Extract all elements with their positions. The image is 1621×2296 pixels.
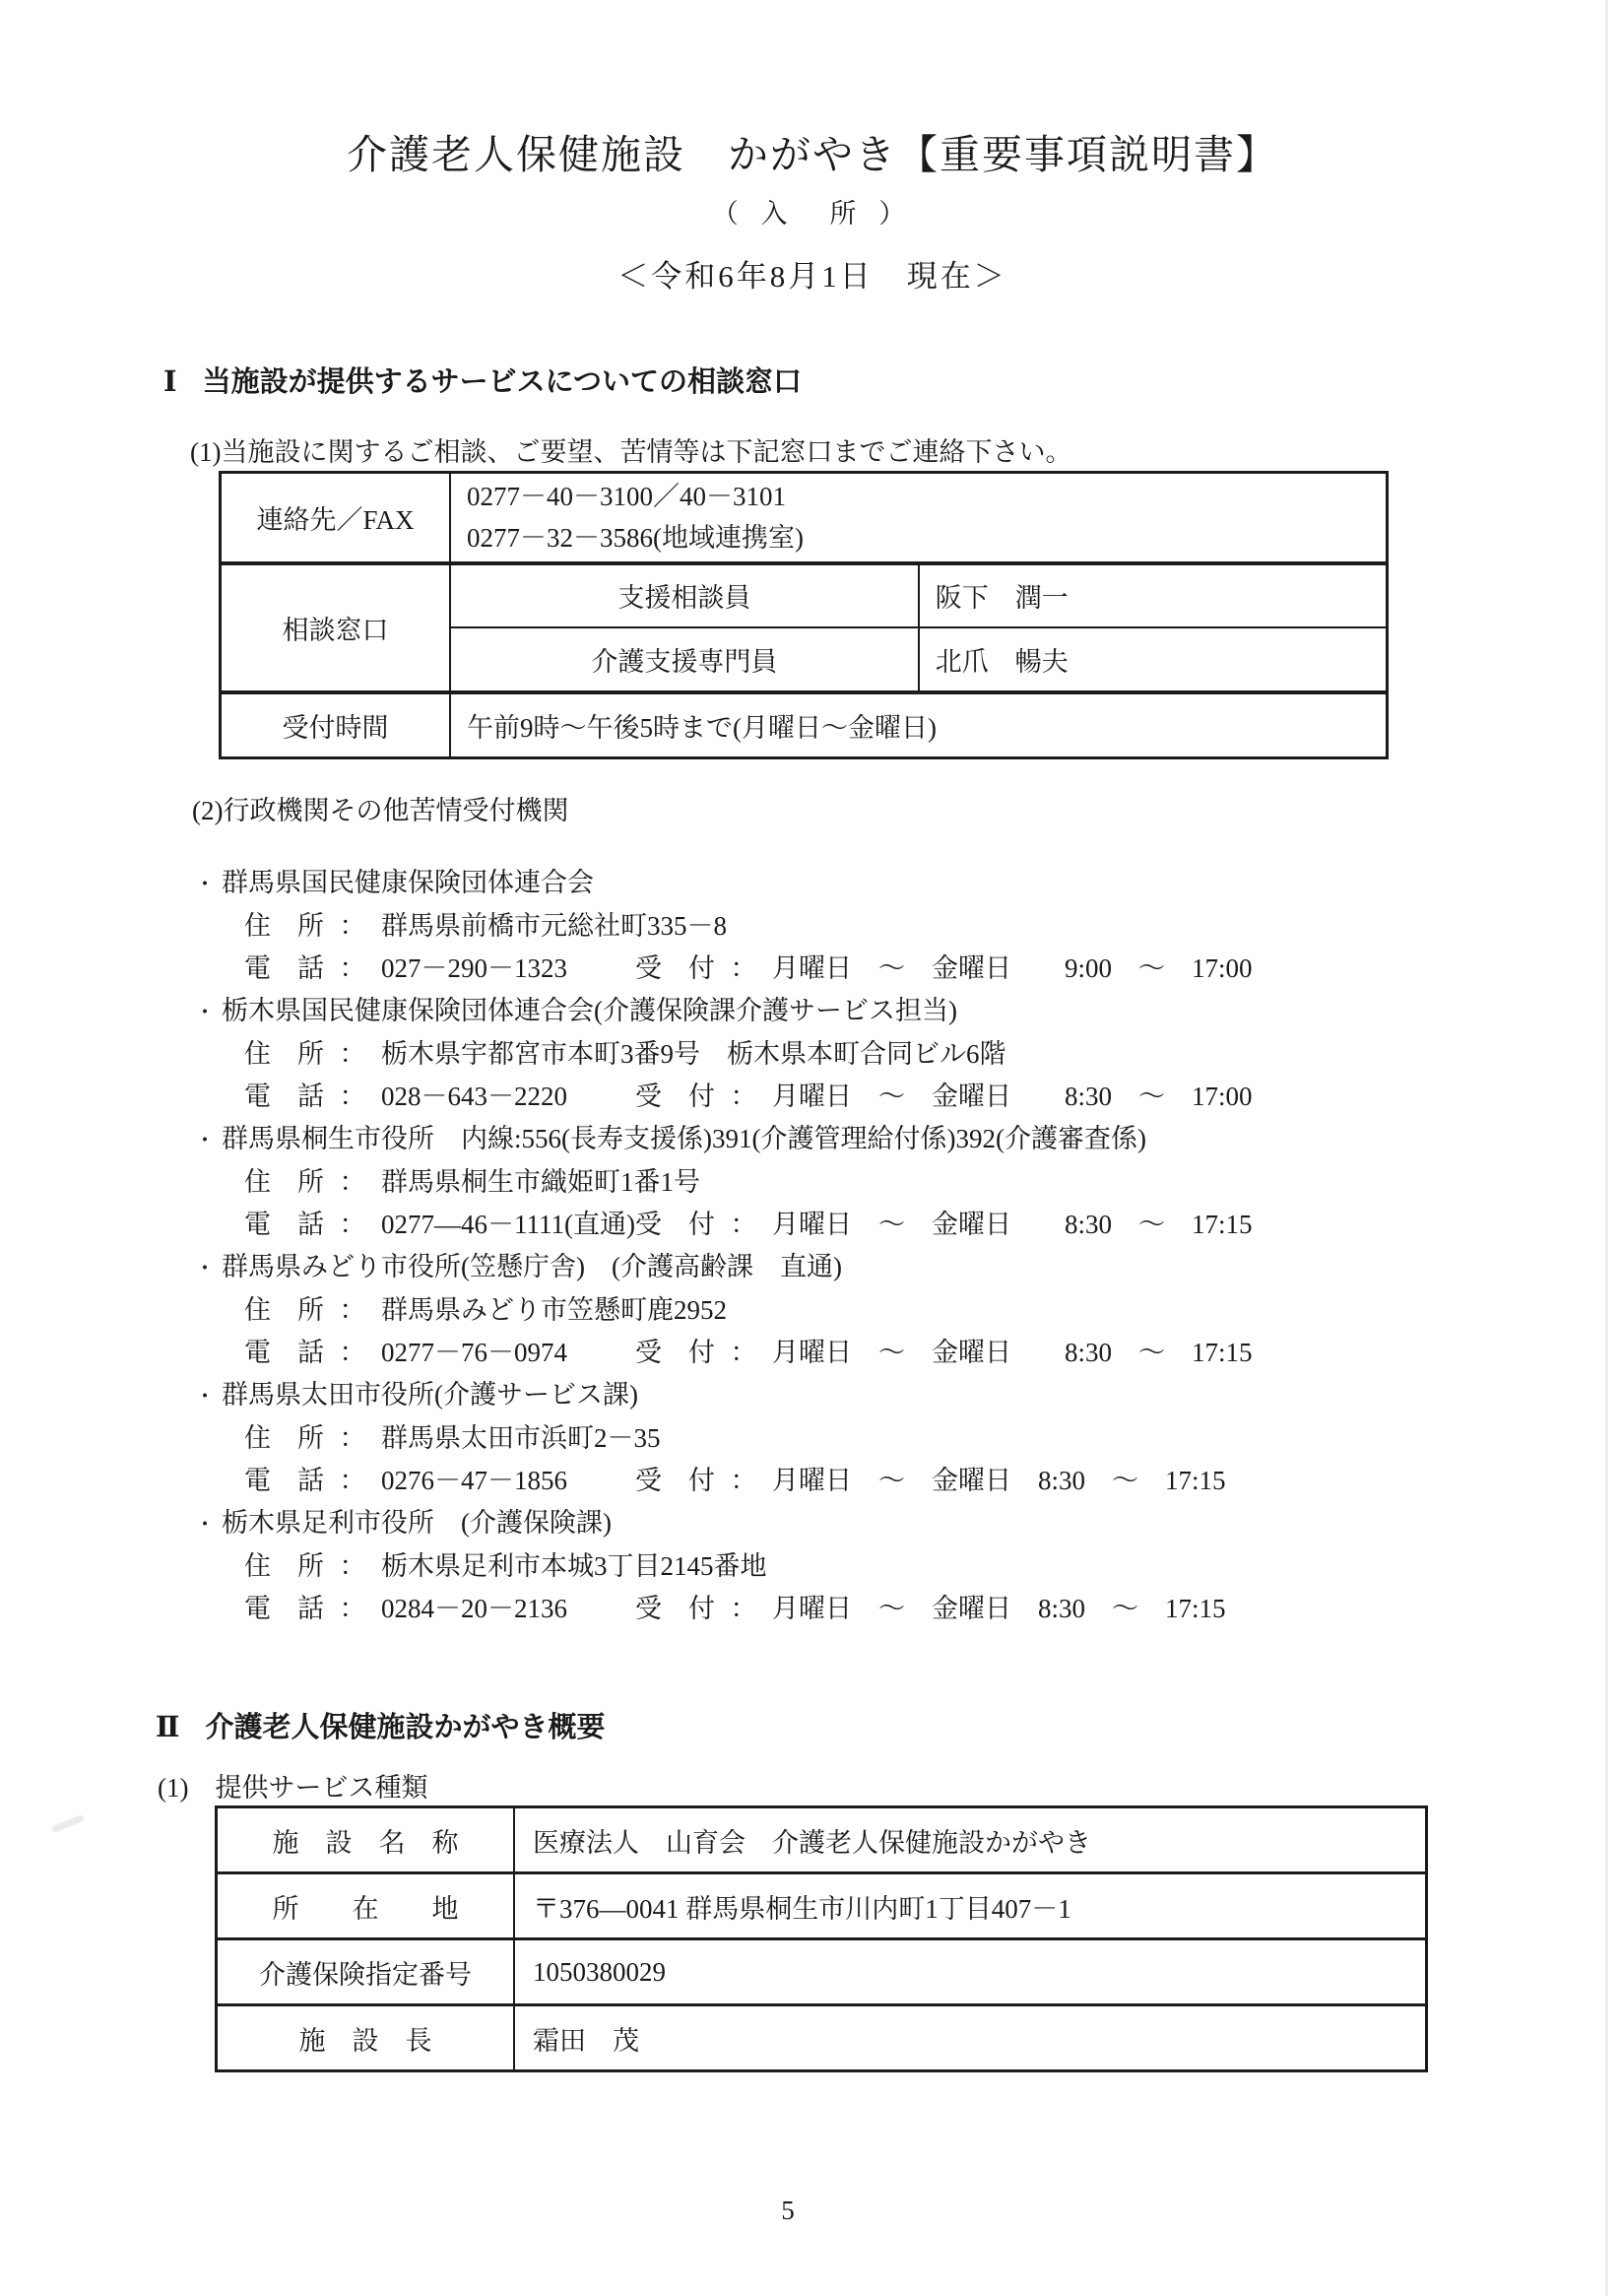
colon-separator: ： bbox=[715, 1076, 772, 1118]
contact-table: 連絡先／FAX 0277－40－3100／40－3101 0277－32－358… bbox=[219, 471, 1389, 759]
agency-name: 群馬県太田市役所(介護サービス課) bbox=[222, 1380, 638, 1410]
agency-address-line: 住 所：栃木県足利市本城3丁目2145番地 bbox=[0, 1545, 1621, 1588]
insurance-number-label-cell: 介護保険指定番号 bbox=[217, 1939, 515, 2005]
colon-separator: ： bbox=[324, 1033, 381, 1076]
document-header: 介護老人保健施設 かがやき【重要事項説明書】 （ 入 所 ） ＜令和6年8月1日… bbox=[0, 0, 1621, 297]
agency-reception-hours: 月曜日 ～ 金曜日 8:30 ～ 17:15 bbox=[772, 1594, 1226, 1623]
agency-name-line: ・群馬県国民健康保険団体連合会 bbox=[0, 862, 1621, 905]
bullet-icon: ・ bbox=[194, 1247, 222, 1289]
bullet-icon: ・ bbox=[194, 1503, 222, 1545]
agency-block: ・群馬県太田市役所(介護サービス課) 住 所：群馬県太田市浜町2－35 電 話：… bbox=[0, 1374, 1621, 1502]
paragraph-contact-intro: (1)当施設に関するご相談、ご要望、苦情等は下記窓口までご連絡下さい。 bbox=[190, 433, 1621, 471]
reception-label: 受 付 bbox=[635, 1332, 715, 1374]
facility-address-value-cell: 〒376—0041 群馬県桐生市川内町1丁目407－1 bbox=[514, 1873, 1427, 1939]
phone-label: 電 話 bbox=[244, 948, 324, 990]
address-label: 住 所 bbox=[244, 1289, 324, 1332]
table-row: 施 設 名 称 医療法人 山育会 介護老人保健施設かがやき bbox=[217, 1807, 1427, 1873]
insurance-number-value-cell: 1050380029 bbox=[514, 1939, 1427, 2005]
reception-label: 受 付 bbox=[635, 1588, 715, 1630]
colon-separator: ： bbox=[324, 1588, 381, 1630]
colon-separator: ： bbox=[715, 1332, 772, 1374]
phone-label: 電 話 bbox=[244, 1460, 324, 1502]
staff1-role-cell: 支援相談員 bbox=[450, 563, 919, 627]
contact-label-cell: 連絡先／FAX bbox=[221, 473, 451, 563]
reception-label: 受 付 bbox=[635, 1460, 715, 1502]
colon-separator: ： bbox=[324, 1161, 381, 1204]
phone-label: 電 話 bbox=[244, 1332, 324, 1374]
colon-separator: ： bbox=[715, 1204, 772, 1246]
agency-address-line: 住 所：群馬県太田市浜町2－35 bbox=[0, 1417, 1621, 1460]
staff1-name-cell: 阪下 潤一 bbox=[919, 563, 1388, 627]
agency-name: 群馬県国民健康保険団体連合会 bbox=[222, 868, 594, 897]
agency-phone: 027－290－1323 bbox=[381, 948, 635, 990]
agency-name: 群馬県みどり市役所(笠懸庁舎) (介護高齢課 直通) bbox=[222, 1252, 842, 1281]
agency-block: ・群馬県国民健康保険団体連合会 住 所：群馬県前橋市元総社町335－8 電 話：… bbox=[0, 862, 1621, 990]
agency-name-line: ・群馬県桐生市役所 内線:556(長寿支援係)391(介護管理給付係)392(介… bbox=[0, 1118, 1621, 1161]
facility-address-label-cell: 所 在 地 bbox=[217, 1873, 515, 1939]
address-label: 住 所 bbox=[244, 1161, 324, 1204]
agency-phone: 0284－20－2136 bbox=[381, 1588, 635, 1630]
agency-phone: 0277—46－1111(直通) bbox=[381, 1204, 635, 1246]
reception-label: 受 付 bbox=[635, 1076, 715, 1118]
agency-address: 群馬県太田市浜町2－35 bbox=[381, 1423, 661, 1453]
staff2-role-cell: 介護支援専門員 bbox=[450, 627, 919, 692]
section1-heading: Ⅰ当施設が提供するサービスについての相談窓口 bbox=[163, 361, 1621, 404]
colon-separator: ： bbox=[324, 1332, 381, 1374]
agency-reception-hours: 月曜日 ～ 金曜日 8:30 ～ 17:15 bbox=[772, 1466, 1226, 1495]
section1-title: 当施設が提供するサービスについての相談窓口 bbox=[203, 366, 802, 398]
agency-address: 群馬県みどり市笠懸町鹿2952 bbox=[381, 1295, 727, 1325]
agency-phone-line: 電 話：0277－76－0974受 付：月曜日 ～ 金曜日 8:30 ～ 17:… bbox=[0, 1332, 1621, 1374]
agency-name: 栃木県国民健康保険団体連合会(介護保険課介護サービス担当) bbox=[222, 996, 957, 1025]
bullet-icon: ・ bbox=[194, 863, 222, 905]
agency-name-line: ・栃木県足利市役所 (介護保険課) bbox=[0, 1502, 1621, 1545]
agency-phone-line: 電 話：028－643－2220受 付：月曜日 ～ 金曜日 8:30 ～ 17:… bbox=[0, 1076, 1621, 1118]
bullet-icon: ・ bbox=[194, 1375, 222, 1417]
section2-heading: Ⅱ介護老人保健施設かがやき概要 bbox=[156, 1705, 1621, 1750]
agency-phone: 0276－47－1856 bbox=[381, 1460, 635, 1502]
contact-phone-line1: 0277－40－3100／40－3101 bbox=[467, 476, 1386, 517]
address-label: 住 所 bbox=[244, 1545, 324, 1588]
agency-block: ・群馬県みどり市役所(笠懸庁舎) (介護高齢課 直通) 住 所：群馬県みどり市笠… bbox=[0, 1246, 1621, 1374]
agency-phone: 0277－76－0974 bbox=[381, 1332, 635, 1374]
table-row: 連絡先／FAX 0277－40－3100／40－3101 0277－32－358… bbox=[221, 473, 1388, 563]
agency-name-line: ・栃木県国民健康保険団体連合会(介護保険課介護サービス担当) bbox=[0, 990, 1621, 1033]
colon-separator: ： bbox=[715, 1460, 772, 1502]
colon-separator: ： bbox=[324, 1460, 381, 1502]
table-row: 介護保険指定番号 1050380029 bbox=[217, 1939, 1427, 2005]
agency-address: 群馬県桐生市織姫町1番1号 bbox=[381, 1167, 700, 1197]
agency-name-line: ・群馬県太田市役所(介護サービス課) bbox=[0, 1374, 1621, 1417]
staff2-name-cell: 北爪 暢夫 bbox=[919, 627, 1388, 692]
colon-separator: ： bbox=[324, 1204, 381, 1246]
address-label: 住 所 bbox=[244, 1033, 324, 1076]
agency-address-line: 住 所：群馬県桐生市織姫町1番1号 bbox=[0, 1161, 1621, 1204]
paragraph-agencies-intro: (2)行政機関その他苦情受付機関 bbox=[192, 791, 1621, 830]
agency-phone-line: 電 話：027－290－1323受 付：月曜日 ～ 金曜日 9:00 ～ 17:… bbox=[0, 948, 1621, 990]
colon-separator: ： bbox=[324, 1289, 381, 1332]
agency-phone-line: 電 話：0284－20－2136受 付：月曜日 ～ 金曜日 8:30 ～ 17:… bbox=[0, 1588, 1621, 1630]
colon-separator: ： bbox=[324, 1076, 381, 1118]
agency-phone: 028－643－2220 bbox=[381, 1076, 635, 1118]
section1-numeral: Ⅰ bbox=[163, 366, 177, 398]
document-date-line: ＜令和6年8月1日 現在＞ bbox=[0, 256, 1621, 297]
bullet-icon: ・ bbox=[194, 1119, 222, 1161]
agency-address-line: 住 所：栃木県宇都宮市本町3番9号 栃木県本町合同ビル6階 bbox=[0, 1033, 1621, 1076]
agency-phone-line: 電 話：0277—46－1111(直通)受 付：月曜日 ～ 金曜日 8:30 ～… bbox=[0, 1204, 1621, 1246]
contact-value-cell: 0277－40－3100／40－3101 0277－32－3586(地域連携室) bbox=[450, 473, 1388, 563]
section2-subheading: (1) 提供サービス種類 bbox=[158, 1770, 1621, 1805]
agency-reception-hours: 月曜日 ～ 金曜日 9:00 ～ 17:00 bbox=[772, 953, 1253, 983]
contact-phone-line2: 0277－32－3586(地域連携室) bbox=[467, 517, 1386, 558]
colon-separator: ： bbox=[715, 1588, 772, 1630]
agency-block: ・群馬県桐生市役所 内線:556(長寿支援係)391(介護管理給付係)392(介… bbox=[0, 1118, 1621, 1246]
hours-value-cell: 午前9時～午後5時まで(月曜日～金曜日) bbox=[450, 692, 1388, 758]
agency-reception-hours: 月曜日 ～ 金曜日 8:30 ～ 17:00 bbox=[772, 1082, 1253, 1111]
document-page: 介護老人保健施設 かがやき【重要事項説明書】 （ 入 所 ） ＜令和6年8月1日… bbox=[0, 0, 1621, 2296]
scan-edge-artifact bbox=[1605, 0, 1608, 2296]
document-title: 介護老人保健施設 かがやき【重要事項説明書】 bbox=[0, 130, 1621, 179]
agency-address-line: 住 所：群馬県みどり市笠懸町鹿2952 bbox=[0, 1289, 1621, 1332]
facility-name-value-cell: 医療法人 山育会 介護老人保健施設かがやき bbox=[514, 1807, 1427, 1873]
facility-table: 施 設 名 称 医療法人 山育会 介護老人保健施設かがやき 所 在 地 〒376… bbox=[215, 1805, 1428, 2072]
facility-name-label-cell: 施 設 名 称 bbox=[217, 1807, 515, 1873]
colon-separator: ： bbox=[324, 948, 381, 990]
hours-label-cell: 受付時間 bbox=[221, 692, 451, 758]
table-row: 受付時間 午前9時～午後5時まで(月曜日～金曜日) bbox=[221, 692, 1388, 758]
phone-label: 電 話 bbox=[244, 1076, 324, 1118]
agency-address-line: 住 所：群馬県前橋市元総社町335－8 bbox=[0, 905, 1621, 948]
colon-separator: ： bbox=[715, 948, 772, 990]
address-label: 住 所 bbox=[244, 905, 324, 948]
agency-reception-hours: 月曜日 ～ 金曜日 8:30 ～ 17:15 bbox=[772, 1338, 1253, 1367]
phone-label: 電 話 bbox=[244, 1588, 324, 1630]
agency-address: 群馬県前橋市元総社町335－8 bbox=[381, 911, 727, 941]
agency-block: ・栃木県足利市役所 (介護保険課) 住 所：栃木県足利市本城3丁目2145番地 … bbox=[0, 1502, 1621, 1630]
consultation-window-label-cell: 相談窓口 bbox=[221, 563, 451, 692]
agency-name-line: ・群馬県みどり市役所(笠懸庁舎) (介護高齢課 直通) bbox=[0, 1246, 1621, 1289]
table-row: 所 在 地 〒376—0041 群馬県桐生市川内町1丁目407－1 bbox=[217, 1873, 1427, 1939]
colon-separator: ： bbox=[324, 905, 381, 948]
colon-separator: ： bbox=[324, 1417, 381, 1460]
colon-separator: ： bbox=[324, 1545, 381, 1588]
address-label: 住 所 bbox=[244, 1417, 324, 1460]
table-row: 施 設 長 霜田 茂 bbox=[217, 2005, 1427, 2071]
table-row: 相談窓口 支援相談員 阪下 潤一 bbox=[221, 563, 1388, 627]
agency-address: 栃木県宇都宮市本町3番9号 栃木県本町合同ビル6階 bbox=[381, 1039, 1006, 1069]
agency-phone-line: 電 話：0276－47－1856受 付：月曜日 ～ 金曜日 8:30 ～ 17:… bbox=[0, 1460, 1621, 1502]
agency-address: 栃木県足利市本城3丁目2145番地 bbox=[381, 1551, 767, 1581]
scan-smudge-artifact bbox=[51, 1814, 85, 1833]
page-number: 5 bbox=[0, 2193, 1576, 2228]
bullet-icon: ・ bbox=[194, 991, 222, 1033]
agency-name: 群馬県桐生市役所 内線:556(長寿支援係)391(介護管理給付係)392(介護… bbox=[222, 1124, 1146, 1153]
section2-title: 介護老人保健施設かがやき概要 bbox=[205, 1712, 605, 1743]
section2-numeral: Ⅱ bbox=[156, 1712, 179, 1743]
facility-director-label-cell: 施 設 長 bbox=[217, 2005, 515, 2071]
facility-director-value-cell: 霜田 茂 bbox=[514, 2005, 1427, 2071]
agency-list: ・群馬県国民健康保険団体連合会 住 所：群馬県前橋市元総社町335－8 電 話：… bbox=[0, 862, 1621, 1630]
reception-label: 受 付 bbox=[635, 948, 715, 990]
document-subtitle: （ 入 所 ） bbox=[0, 195, 1621, 232]
agency-block: ・栃木県国民健康保険団体連合会(介護保険課介護サービス担当) 住 所：栃木県宇都… bbox=[0, 990, 1621, 1118]
agency-reception-hours: 月曜日 ～ 金曜日 8:30 ～ 17:15 bbox=[772, 1210, 1253, 1239]
agency-name: 栃木県足利市役所 (介護保険課) bbox=[222, 1508, 612, 1538]
phone-label: 電 話 bbox=[244, 1204, 324, 1246]
reception-label: 受 付 bbox=[635, 1204, 715, 1246]
